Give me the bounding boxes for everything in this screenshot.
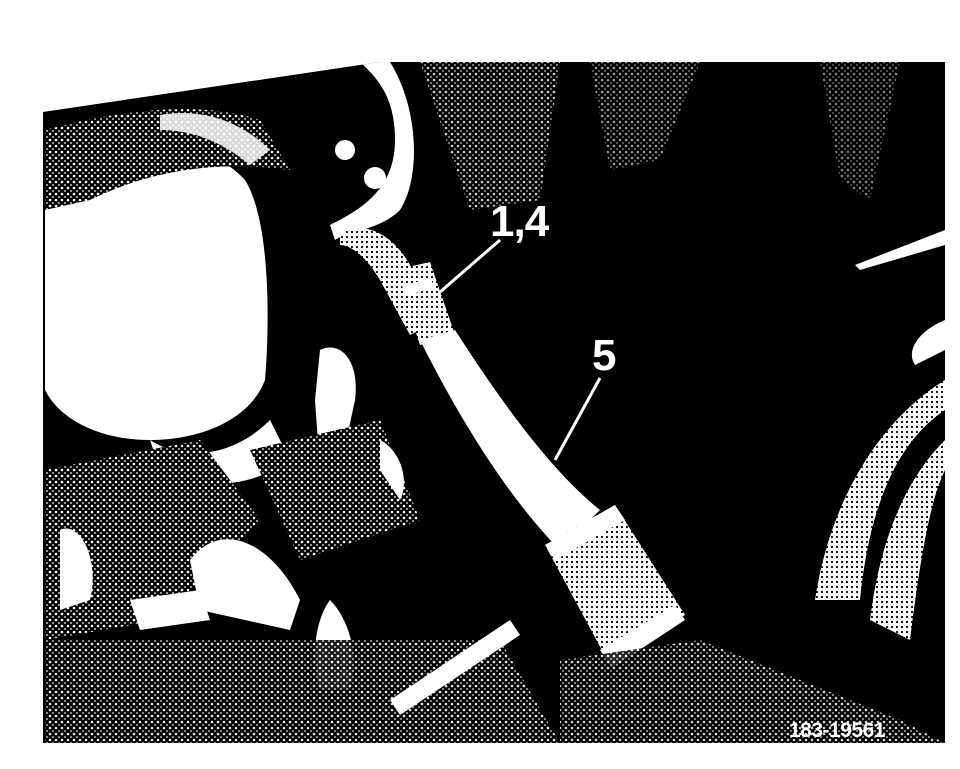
callout-label-1-4: 1,4 xyxy=(490,200,548,244)
manual-figure: 1,4 5 183-19561 xyxy=(0,0,960,769)
figure-number: 183-19561 xyxy=(789,719,885,743)
callout-label-5: 5 xyxy=(592,334,616,378)
halftone-photo xyxy=(0,0,960,769)
